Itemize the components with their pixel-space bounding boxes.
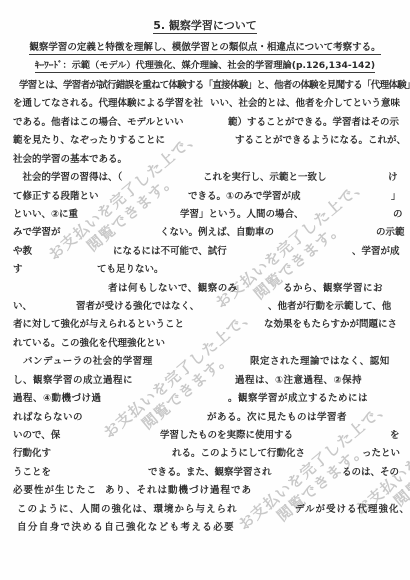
text-line: 行動化すれる。このようにして行動化さったとい	[0, 447, 410, 460]
text-line: 自分自身で決める自己強化なども考える必要	[0, 521, 410, 534]
text-segment: 学習とは、学習者が試行錯誤を重ねて体験する「直接体験」と、他者の体験を見聞する「…	[19, 79, 410, 92]
text-line: すても足りない。	[0, 263, 410, 276]
text-segment: 範を見たり、なぞったりすることに	[13, 134, 165, 147]
text-segment: 限定された理論ではなく、認知	[250, 355, 390, 368]
text-segment: がある。次に見たものは学習者	[207, 411, 347, 424]
text-segment: できる。また、観察学習され	[148, 466, 272, 479]
document-page: お支払いを完了した上で、閲覧できます。お支払いを完了した上で、閲覧できます。お支…	[0, 0, 410, 580]
text-segment: を	[390, 429, 400, 442]
text-line: 社会的学習の習得は、（これを実行し、示範と一致しけ	[0, 171, 410, 184]
text-segment: れる。このようにして行動化さ	[172, 447, 305, 460]
text-line: 者に対して強化が与えられるということな効果をもたらすかが問題にさ	[0, 318, 410, 331]
text-segment: 者に対して強化が与えられるということ	[13, 318, 184, 331]
text-segment: け	[388, 171, 398, 184]
text-segment: 、学習が成	[352, 245, 400, 258]
text-line: を通してなされる。代理体験による学習を社いい、社会的とは、他者を介してという意味	[0, 97, 410, 110]
text-segment: ればならないの	[13, 411, 83, 424]
text-segment: 自分自身で決める自己強化なども考える必要	[17, 521, 235, 534]
text-segment: い、	[13, 300, 32, 313]
text-line: このように、人間の強化は、環境から与えられデルが受ける代理強化、	[0, 503, 410, 516]
text-segment: デルが受ける代理強化、	[295, 503, 410, 516]
text-line: バンデューラの社会的学習理限定された理論ではなく、認知	[0, 355, 410, 368]
text-line: 者は何もしないで、観察のみるから、観察学習にお	[0, 282, 410, 295]
text-line: みで学習がくない。例えば、自動車のの示範	[0, 226, 410, 239]
text-segment: 必要性が生じたこ	[13, 484, 97, 497]
text-segment: 」	[391, 190, 401, 203]
text-segment: の	[393, 208, 403, 221]
text-segment: を通してなされる。代理体験による学習を社	[13, 97, 203, 110]
text-line: いので、保学習したものを実際に使用するを	[0, 429, 410, 442]
text-segment: の示範	[376, 226, 405, 239]
text-segment: いい、社会的とは、他者を介してという意味	[210, 97, 400, 110]
body-text: 学習とは、学習者が試行錯誤を重ねて体験する「直接体験」と、他者の体験を見聞する「…	[0, 0, 410, 580]
text-segment: ても足りない。	[97, 263, 164, 276]
text-segment: である。他者はこの場合、モデルといい	[13, 116, 184, 129]
text-line: や教になるには不可能で、試行、学習が成	[0, 245, 410, 258]
text-segment: 社会的学習の基本である。	[13, 153, 127, 166]
text-segment: バンデューラの社会的学習理	[13, 355, 153, 368]
text-line: し、観察学習の成立過程に過程は、①注意過程、②保持	[0, 374, 410, 387]
text-segment: す	[13, 263, 23, 276]
text-line: 学習とは、学習者が試行錯誤を重ねて体験する「直接体験」と、他者の体験を見聞する「…	[0, 79, 410, 92]
text-segment: し、観察学習の成立過程に	[13, 374, 133, 387]
text-line: 範を見たり、なぞったりすることにすることができるようになる。これが、	[0, 134, 410, 147]
text-segment: や教	[13, 245, 32, 258]
text-segment: うことを	[13, 466, 51, 479]
text-segment: 範）することができる。学習者はその示	[228, 116, 399, 129]
text-segment: れている。この強化を代理強化とい	[13, 337, 165, 350]
text-segment: ったとい	[362, 447, 400, 460]
text-segment: 習者が受ける強化ではなく、	[76, 300, 199, 313]
text-line: 過程、④動機づけ過。観察学習が成立するためには	[0, 392, 410, 405]
text-segment: 学習したものを実際に使用する	[160, 429, 293, 442]
text-segment: るのは、その	[342, 466, 399, 479]
text-segment: これを実行し、示範と一致し	[203, 171, 327, 184]
text-line: 必要性が生じたこあり、それは動機づけ過程であ	[0, 484, 410, 497]
text-line: 社会的学習の基本である。	[0, 153, 410, 166]
text-segment: このように、人間の強化は、環境から与えられ	[17, 503, 238, 516]
text-segment: 社会的学習の習得は、（	[13, 171, 122, 184]
text-segment: な効果をもたらすかが問題にさ	[264, 318, 397, 331]
text-line: い、習者が受ける強化ではなく、、他者が行動を示範して、他	[0, 300, 410, 313]
text-line: といい、②に重学習」という。人間の場合、の	[0, 208, 410, 221]
text-segment: 、他者が行動を示範して、他	[268, 300, 391, 313]
text-segment: 行動化す	[13, 447, 51, 460]
text-line: うことをできる。また、観察学習されるのは、その	[0, 466, 410, 479]
text-segment: になるには不可能で、試行	[113, 245, 227, 258]
text-segment: 過程は、①注意過程、②保持	[235, 374, 362, 387]
text-line: て修正する段階といできる。①のみで学習が成」	[0, 190, 410, 203]
text-segment: することができるようになる。これが、	[235, 134, 406, 147]
text-segment: 。観察学習が成立するためには	[228, 392, 368, 405]
text-segment: できる。①のみで学習が成	[188, 190, 301, 203]
text-segment: くない。例えば、自動車の	[160, 226, 274, 239]
text-line: である。他者はこの場合、モデルといい範）することができる。学習者はその示	[0, 116, 410, 129]
text-segment: 者は何もしないで、観察のみ	[108, 282, 238, 295]
text-segment: あり、それは動機づけ過程であ	[105, 484, 252, 497]
text-segment: 過程、④動機づけ過	[13, 392, 102, 405]
text-segment: といい、②に重	[13, 208, 78, 221]
text-segment: て修正する段階とい	[13, 190, 99, 203]
text-line: ればならないのがある。次に見たものは学習者	[0, 411, 410, 424]
text-line: れている。この強化を代理強化とい	[0, 337, 410, 350]
text-segment: いので、保	[13, 429, 60, 442]
text-segment: みで学習が	[13, 226, 61, 239]
text-segment: るから、観察学習にお	[283, 282, 383, 295]
text-segment: 学習」という。人間の場合、	[180, 208, 304, 221]
